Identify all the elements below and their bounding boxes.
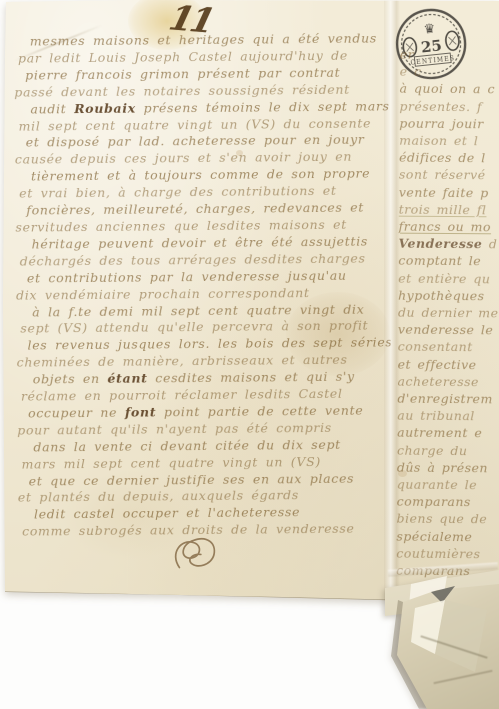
handwritten-line: francs ou mo	[399, 218, 499, 236]
handwritten-line: maison et l	[399, 132, 499, 150]
handwritten-line: et effective	[398, 355, 499, 373]
handwritten-line: er	[400, 46, 499, 64]
handwriting-left-page: mesmes maisons et heritages qui a été ve…	[12, 30, 392, 545]
handwritten-line: sont réservé	[399, 166, 499, 184]
handwritten-line: Venderesse d	[398, 235, 499, 253]
stamp-right-shield-hatch	[448, 36, 456, 45]
handwritten-line: spécialeme	[396, 527, 497, 545]
handwritten-line: acheteresse	[397, 373, 498, 391]
handwritten-line: quarante le	[397, 476, 498, 494]
handwritten-line: au tribunal	[397, 407, 498, 425]
handwritten-line: e c	[400, 63, 499, 81]
handwritten-line: comparans	[397, 493, 498, 511]
handwritten-line: comptant le	[398, 252, 499, 270]
handwritten-line: présentes. f	[399, 97, 499, 115]
handwritten-line: à quoi on a c	[400, 80, 499, 98]
handwritten-line: charge du	[397, 441, 498, 459]
handwriting-right-page-edge: ere cà quoi on a cprésentes. fpourra jou…	[396, 46, 499, 581]
handwritten-line: et entière qu	[398, 269, 499, 287]
handwritten-line: biens que de	[397, 510, 498, 528]
stamp-crest-icon: ♛	[423, 22, 436, 38]
handwritten-line: pourra jouir	[399, 114, 499, 132]
handwritten-line: hypothèques	[398, 286, 499, 304]
handwritten-line: du dernier me	[398, 304, 499, 322]
handwritten-line: édifices de l	[399, 149, 499, 167]
handwritten-line: autrement e	[397, 424, 498, 442]
handwritten-line: vente faite p	[399, 183, 499, 201]
handwritten-line: venderesse le	[398, 321, 499, 339]
folded-corner-paper	[385, 550, 499, 709]
signature-paraph	[165, 529, 229, 583]
handwritten-line: trois mille fl	[399, 200, 499, 218]
handwritten-line: d'enregistrem	[397, 390, 498, 408]
handwritten-line: consentant	[398, 338, 499, 356]
photograph-backdrop: 11 ♛ 25 CENTIMES mesmes maisons et herit…	[0, 0, 499, 709]
handwritten-line: dûs à présen	[397, 459, 498, 477]
